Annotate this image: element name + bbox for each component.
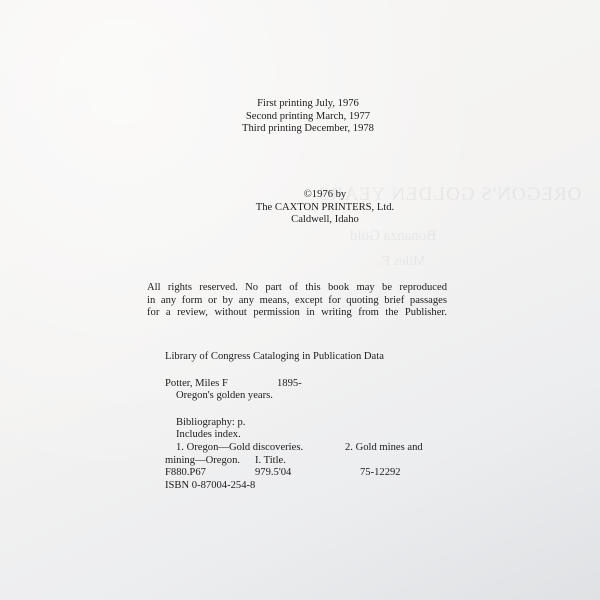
printing-history: First printing July, 1976 Second printin… (218, 98, 398, 136)
cip-classification-row: F880.P67 979.5'04 75-12292 (165, 467, 450, 480)
printing-line: First printing July, 1976 (218, 98, 398, 111)
rights-statement: All rights reserved. No part of this boo… (147, 282, 447, 320)
bleed-through-subtitle: Bonanza Gold (350, 228, 436, 245)
cip-isbn: ISBN 0-87004-254-8 (165, 480, 450, 493)
cip-author-dates: 1895- (277, 378, 302, 391)
cip-title: Oregon's golden years. (165, 390, 450, 403)
cip-subjects-row: 1. Oregon—Gold discoveries. 2. Gold mine… (165, 442, 450, 455)
cip-author: Potter, Miles F (165, 378, 228, 389)
cip-subject-2-cont: mining—Oregon. (165, 455, 240, 466)
cip-heading: Library of Congress Cataloging in Public… (165, 351, 450, 364)
printing-line: Third printing December, 1978 (218, 123, 398, 136)
bleed-through-author: Miles F. (380, 254, 426, 270)
cip-dewey-number: 979.5'04 (255, 467, 291, 480)
cip-author-row: Potter, Miles F 1895- (165, 378, 450, 391)
copyright-notice: ©1976 by The CAXTON PRINTERS, Ltd. Caldw… (225, 189, 425, 227)
cip-subject-1: 1. Oregon—Gold discoveries. (165, 442, 303, 453)
cip-lc-call-number: F880.P67 (165, 467, 206, 478)
publisher-location: Caldwell, Idaho (225, 214, 425, 227)
cip-data-block: Library of Congress Cataloging in Public… (165, 351, 450, 492)
copyright-year: ©1976 by (225, 189, 425, 202)
cip-lccn: 75-12292 (360, 467, 401, 480)
cip-index-note: Includes index. (165, 429, 450, 442)
rights-line: All rights reserved. No part of this boo… (147, 282, 447, 295)
cip-subject-2: 2. Gold mines and (345, 442, 423, 455)
cip-title-entry: I. Title. (255, 455, 286, 468)
cip-subjects-cont-row: mining—Oregon. I. Title. (165, 455, 450, 468)
rights-line: in any form or by any means, except for … (147, 295, 447, 308)
rights-line: for a review, without permission in writ… (147, 307, 447, 320)
publisher-name: The CAXTON PRINTERS, Ltd. (225, 202, 425, 215)
printing-line: Second printing March, 1977 (218, 111, 398, 124)
cip-bibliography: Bibliography: p. (165, 417, 450, 430)
